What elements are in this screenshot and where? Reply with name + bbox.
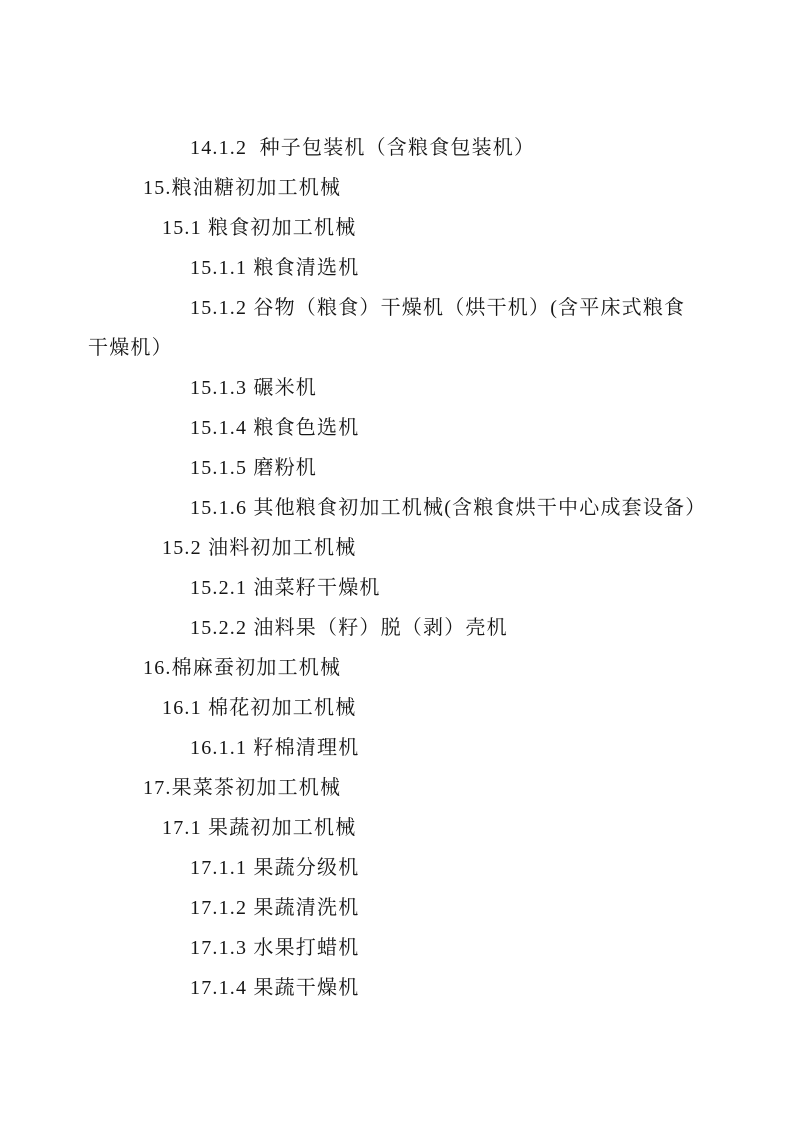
document-line: 15.1.5 磨粉机 — [88, 448, 705, 488]
document-body: 14.1.2 种子包装机（含粮食包装机）15.粮油糖初加工机械15.1 粮食初加… — [88, 128, 705, 1008]
document-line: 15.1 粮食初加工机械 — [88, 208, 705, 248]
document-line: 干燥机） — [88, 328, 705, 368]
document-page: 14.1.2 种子包装机（含粮食包装机）15.粮油糖初加工机械15.1 粮食初加… — [0, 0, 793, 1122]
document-line: 15.1.2 谷物（粮食）干燥机（烘干机）(含平床式粮食 — [88, 288, 705, 328]
document-line: 17.果菜茶初加工机械 — [88, 768, 705, 808]
document-line: 15.1.6 其他粮食初加工机械(含粮食烘干中心成套设备） — [88, 488, 705, 528]
document-line: 14.1.2 种子包装机（含粮食包装机） — [88, 128, 705, 168]
document-line: 16.1 棉花初加工机械 — [88, 688, 705, 728]
document-line: 17.1.3 水果打蜡机 — [88, 928, 705, 968]
document-line: 15.2.2 油料果（籽）脱（剥）壳机 — [88, 608, 705, 648]
document-line: 16.棉麻蚕初加工机械 — [88, 648, 705, 688]
document-line: 17.1 果蔬初加工机械 — [88, 808, 705, 848]
document-line: 17.1.1 果蔬分级机 — [88, 848, 705, 888]
document-line: 16.1.1 籽棉清理机 — [88, 728, 705, 768]
document-line: 15.1.3 碾米机 — [88, 368, 705, 408]
document-line: 15.2 油料初加工机械 — [88, 528, 705, 568]
document-line: 17.1.2 果蔬清洗机 — [88, 888, 705, 928]
document-line: 15.1.1 粮食清选机 — [88, 248, 705, 288]
document-line: 17.1.4 果蔬干燥机 — [88, 968, 705, 1008]
document-line: 15.1.4 粮食色选机 — [88, 408, 705, 448]
document-line: 15.2.1 油菜籽干燥机 — [88, 568, 705, 608]
document-line: 15.粮油糖初加工机械 — [88, 168, 705, 208]
